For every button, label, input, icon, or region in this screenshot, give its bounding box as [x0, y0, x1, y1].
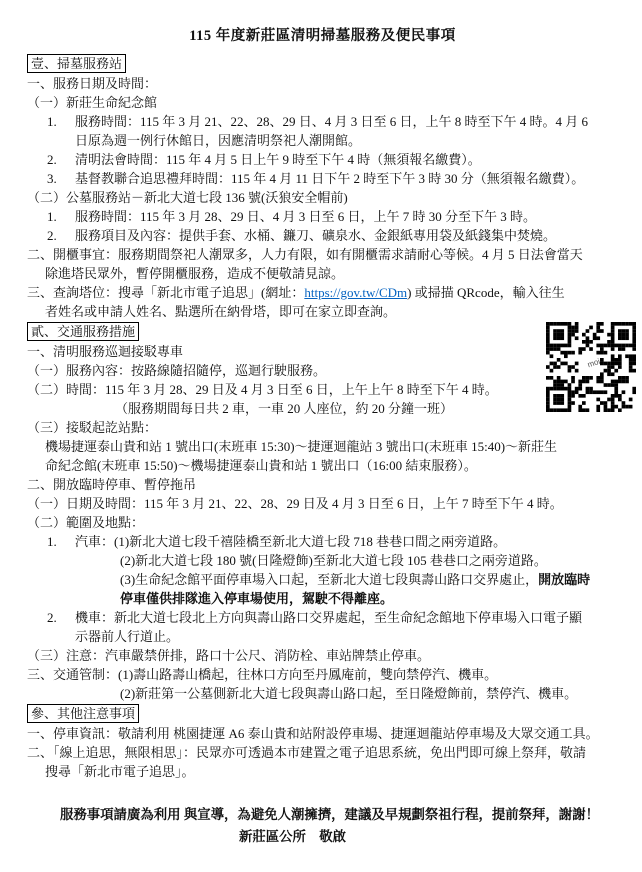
- doc-line: 搜尋「新北市電子追思」。: [27, 762, 618, 781]
- list-number: 2.: [47, 608, 75, 627]
- doc-line: 2.清明法會時間：115 年 4 月 5 日上午 9 時至下午 4 時（無須報名…: [27, 150, 618, 169]
- doc-line: 二、「線上追思，無限相思」：民眾亦可透過本市建置之電子追思系統，免出門即可線上祭…: [27, 743, 618, 762]
- doc-line: 停車僅供排隊進入停車場使用，駕駛不得離座。: [27, 589, 618, 608]
- doc-line: （一）新莊生命紀念館: [27, 93, 618, 112]
- section-heading-2: 貳、交通服務措施: [27, 322, 139, 341]
- doc-line: （二）公墓服務站－新北大道七段 136 號(沃狼安全帽前): [27, 188, 618, 207]
- doc-line: 一、停車資訊：敬請利用 桃園捷運 A6 泰山貴和站附設停車場、捷運迴龍站停車場及…: [27, 724, 618, 743]
- doc-line: （二）時間：115 年 3 月 28、29 日及 4 月 3 日至 6 日，上午…: [27, 380, 618, 399]
- doc-line: 日原為週一例行休館日，因應清明祭祀人潮開館。: [27, 131, 618, 150]
- list-number: 2.: [47, 226, 75, 245]
- doc-line: 命紀念館(末班車 15:50)～機場捷運泰山貴和站 1 號出口（16:00 結束…: [27, 456, 618, 475]
- doc-line: 1.服務時間：115 年 3 月 21、22、28、29 日、4 月 3 日至 …: [27, 112, 618, 131]
- section-heading-3: 參、其他注意事項: [27, 704, 139, 723]
- doc-line: 三、查詢塔位：搜尋「新北市電子追思」(網址：https://gov.tw/CDm…: [27, 283, 618, 302]
- doc-line-text: 服務時間：115 年 3 月 21、22、28、29 日、4 月 3 日至 6 …: [75, 114, 588, 129]
- page-title: 115 年度新莊區清明掃墓服務及便民事項: [27, 26, 618, 46]
- qr-center-label: moi: [586, 357, 601, 370]
- doc-line: （三）接駁起訖站點：: [27, 418, 618, 437]
- doc-line-text: ) 或掃描 QRcode，輸入往生: [407, 285, 564, 300]
- doc-line: 2.服務項目及內容：提供手套、水桶、鐮刀、礦泉水、金銀紙專用袋及紙錢集中焚燒。: [27, 226, 618, 245]
- list-number: 1.: [47, 207, 75, 226]
- emphasized-text: 停車僅供排隊進入停車場使用，駕駛不得離座。: [120, 591, 393, 606]
- doc-line: （二）範圍及地點：: [27, 513, 618, 532]
- doc-line: 1.服務時間：115 年 3 月 28、29 日、4 月 3 日至 6 日，上午…: [27, 207, 618, 226]
- doc-line: （三）注意：汽車嚴禁併排，路口十公尺、消防栓、車站牌禁止停車。: [27, 646, 618, 665]
- list-number: 1.: [47, 112, 75, 131]
- section-heading-1: 壹、掃墓服務站: [27, 54, 126, 73]
- qrcode-image: moi: [546, 322, 636, 412]
- doc-line-text: 服務時間：115 年 3 月 28、29 日、4 月 3 日至 6 日，上午 7…: [75, 209, 536, 224]
- doc-line: 一、服務日期及時間：: [27, 74, 618, 93]
- doc-line: 一、清明服務巡迴接駁專車: [27, 342, 618, 361]
- doc-line: 示器前人行道止。: [27, 627, 618, 646]
- section-heading-1: 壹、掃墓服務站: [27, 53, 618, 74]
- doc-line: 者姓名或申請人姓名、點選所在納骨塔，即可在家立即查詢。: [27, 302, 618, 321]
- doc-line-text: 機車：新北大道七段北上方向與壽山路口交界處起，至生命紀念館地下停車場入口電子顯: [75, 610, 582, 625]
- doc-line: 除進塔民眾外，暫停開櫃服務，造成不便敬請見諒。: [27, 264, 618, 283]
- section-heading-2: 貳、交通服務措施: [27, 321, 618, 342]
- doc-line: 三、交通管制：(1)壽山路壽山橋起，往林口方向至丹鳳庵前，雙向禁停汽、機車。: [27, 665, 618, 684]
- doc-line: 1.汽車：(1)新北大道七段千禧陸橋至新北大道七段 718 巷巷口間之兩旁道路。: [27, 532, 618, 551]
- doc-line-text: 三、查詢塔位：搜尋「新北市電子追思」(網址：: [27, 285, 304, 300]
- doc-line: （一）服務內容：按路線隨招隨停，巡迴行駛服務。: [27, 361, 618, 380]
- closing-note: 服務事項請廣為利用 與宣導，為避免人潮擁擠，建議及早規劃祭祖行程，提前祭拜，謝謝…: [27, 804, 618, 826]
- doc-line: [27, 781, 618, 800]
- notice-document: 115 年度新莊區清明掃墓服務及便民事項 壹、掃墓服務站一、服務日期及時間：（一…: [0, 0, 642, 872]
- emphasized-text: 開放臨時: [538, 572, 590, 587]
- doc-line: 機場捷運泰山貴和站 1 號出口(末班車 15:30)～捷運迴龍站 3 號出口(末…: [27, 437, 618, 456]
- list-number: 1.: [47, 532, 75, 551]
- doc-line: （一）日期及時間：115 年 3 月 21、22、28、29 日及 4 月 3 …: [27, 494, 618, 513]
- doc-line: （服務期間每日共 2 車，一車 20 人座位，約 20 分鐘一班）: [27, 399, 618, 418]
- doc-line-text: 服務項目及內容：提供手套、水桶、鐮刀、礦泉水、金銀紙專用袋及紙錢集中焚燒。: [75, 228, 556, 243]
- doc-line: 二、開放臨時停車、暫停拖吊: [27, 475, 618, 494]
- signature: 新莊區公所 敬啟: [27, 826, 618, 848]
- doc-line: 3.基督教聯合追思禮拜時間：115 年 4 月 11 日下午 2 時至下午 3 …: [27, 169, 618, 188]
- list-number: 2.: [47, 150, 75, 169]
- doc-line: 2.機車：新北大道七段北上方向與壽山路口交界處起，至生命紀念館地下停車場入口電子…: [27, 608, 618, 627]
- doc-line: (2)新莊第一公墓側新北大道七段與壽山路口起，至日隆燈飾前，禁停汽、機車。: [27, 684, 618, 703]
- doc-line: (2)新北大道七段 180 號(日隆燈飾)至新北大道七段 105 巷巷口之兩旁道…: [27, 551, 618, 570]
- doc-line: (3)生命紀念館平面停車場入口起，至新北大道七段與壽山路口交界處止，開放臨時: [27, 570, 618, 589]
- doc-line-text: (3)生命紀念館平面停車場入口起，至新北大道七段與壽山路口交界處止，: [120, 572, 538, 587]
- doc-line-text: 汽車：(1)新北大道七段千禧陸橋至新北大道七段 718 巷巷口間之兩旁道路。: [75, 534, 506, 549]
- section-heading-3: 參、其他注意事項: [27, 703, 618, 724]
- eternal-memorial-link[interactable]: https://gov.tw/CDm: [304, 285, 407, 300]
- doc-line-text: 清明法會時間：115 年 4 月 5 日上午 9 時至下午 4 時（無須報名繳費…: [75, 152, 481, 167]
- doc-line: 二、開櫃事宜：服務期間祭祀人潮眾多，人力有限，如有開櫃需求請耐心等候。4 月 5…: [27, 245, 618, 264]
- list-number: 3.: [47, 169, 75, 188]
- document-body: 壹、掃墓服務站一、服務日期及時間：（一）新莊生命紀念館1.服務時間：115 年 …: [27, 53, 618, 848]
- doc-line-text: 基督教聯合追思禮拜時間：115 年 4 月 11 日下午 2 時至下午 3 時 …: [75, 171, 584, 186]
